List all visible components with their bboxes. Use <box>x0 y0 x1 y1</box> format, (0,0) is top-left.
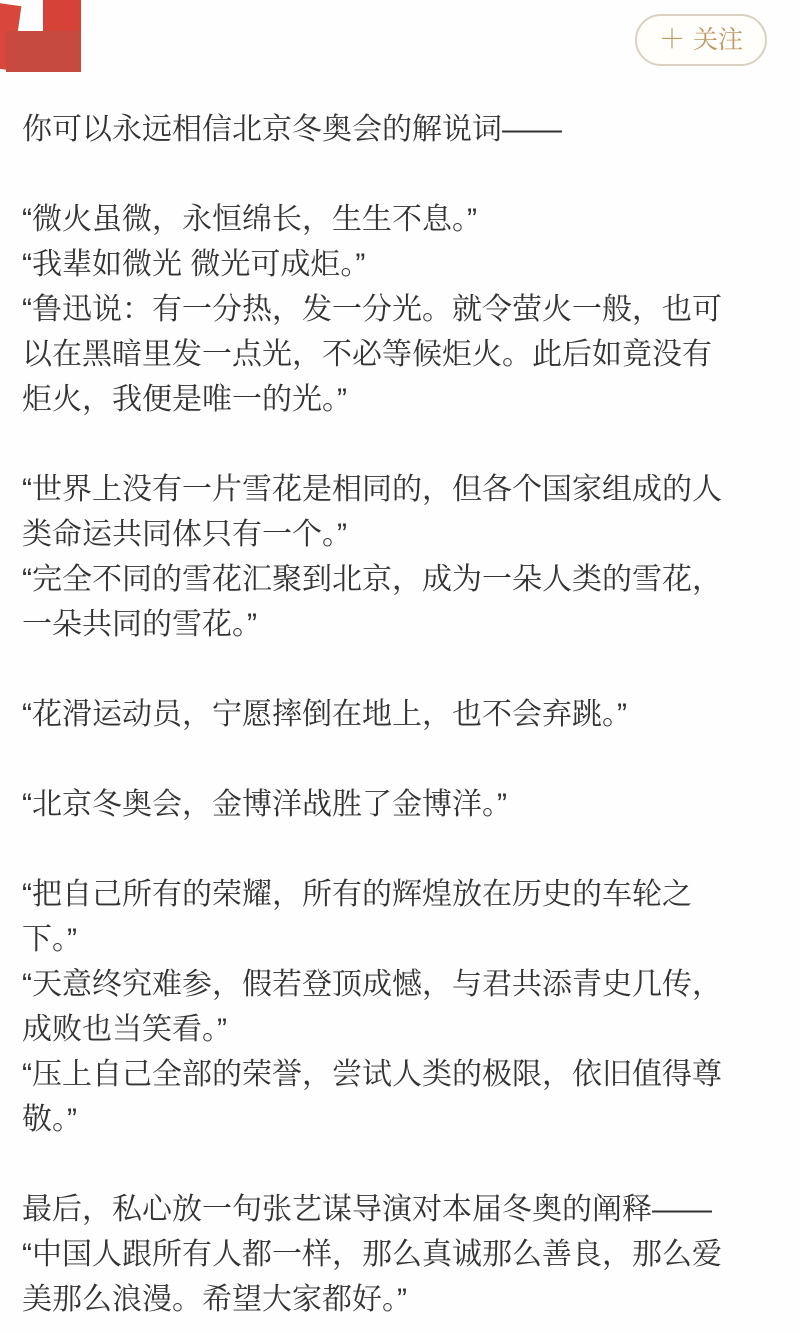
quote-sentence: “中国人跟所有人都一样，那么真诚那么善良，那么爱美那么浪漫。希望大家都好。” <box>22 1232 734 1322</box>
quote-sentence: “世界上没有一片雪花是相同的，但各个国家组成的人类命运共同体只有一个。” <box>22 467 734 557</box>
quote-sentence: “花滑运动员，宁愿摔倒在地上，也不会弃跳。” <box>22 692 734 737</box>
follow-button[interactable]: ＋ 关注 <box>635 14 767 66</box>
quote-block-skater: “花滑运动员，宁愿摔倒在地上，也不会弃跳。” <box>22 692 734 737</box>
quote-sentence: “把自己所有的荣耀，所有的辉煌放在历史的车轮之下。” <box>22 872 734 962</box>
follow-button-label: 关注 <box>693 28 743 53</box>
plus-icon: ＋ <box>659 26 685 52</box>
logo-horizontal-bar <box>6 31 81 72</box>
post-page: ＋ 关注 你可以永远相信北京冬奥会的解说词—— “微火虽微，永恒绵长，生生不息。… <box>0 0 800 1333</box>
quote-sentence: “鲁迅说：有一分热，发一分光。就令萤火一般，也可以在黑暗里发一点光，不必等候炬火… <box>22 287 734 422</box>
closing-intro-line: 最后，私心放一句张艺谋导演对本届冬奥的阐释—— <box>22 1187 734 1232</box>
post-header: ＋ 关注 <box>0 0 800 74</box>
quote-sentence: “我辈如微光 微光可成炬。” <box>22 242 734 287</box>
post-content: 你可以永远相信北京冬奥会的解说词—— “微火虽微，永恒绵长，生生不息。” “我辈… <box>0 107 734 1322</box>
intro-line: 你可以永远相信北京冬奥会的解说词—— <box>22 107 734 152</box>
closing-block: 最后，私心放一句张艺谋导演对本届冬奥的阐释—— “中国人跟所有人都一样，那么真诚… <box>22 1187 734 1322</box>
quote-block-glory: “把自己所有的荣耀，所有的辉煌放在历史的车轮之下。” “天意终究难参，假若登顶成… <box>22 872 734 1142</box>
quote-block-flame: “微火虽微，永恒绵长，生生不息。” “我辈如微光 微光可成炬。” “鲁迅说：有一… <box>22 197 734 422</box>
brand-logo[interactable] <box>0 0 92 76</box>
quote-sentence: “北京冬奥会，金博洋战胜了金博洋。” <box>22 782 734 827</box>
intro-block: 你可以永远相信北京冬奥会的解说词—— <box>22 107 734 152</box>
quote-block-jinboyang: “北京冬奥会，金博洋战胜了金博洋。” <box>22 782 734 827</box>
quote-sentence: “完全不同的雪花汇聚到北京，成为一朵人类的雪花，一朵共同的雪花。” <box>22 557 734 647</box>
quote-block-snowflake: “世界上没有一片雪花是相同的，但各个国家组成的人类命运共同体只有一个。” “完全… <box>22 467 734 647</box>
quote-sentence: “微火虽微，永恒绵长，生生不息。” <box>22 197 734 242</box>
quote-sentence: “压上自己全部的荣誉，尝试人类的极限，依旧值得尊敬。” <box>22 1052 734 1142</box>
quote-sentence: “天意终究难参，假若登顶成憾，与君共添青史几传，成败也当笑看。” <box>22 962 734 1052</box>
